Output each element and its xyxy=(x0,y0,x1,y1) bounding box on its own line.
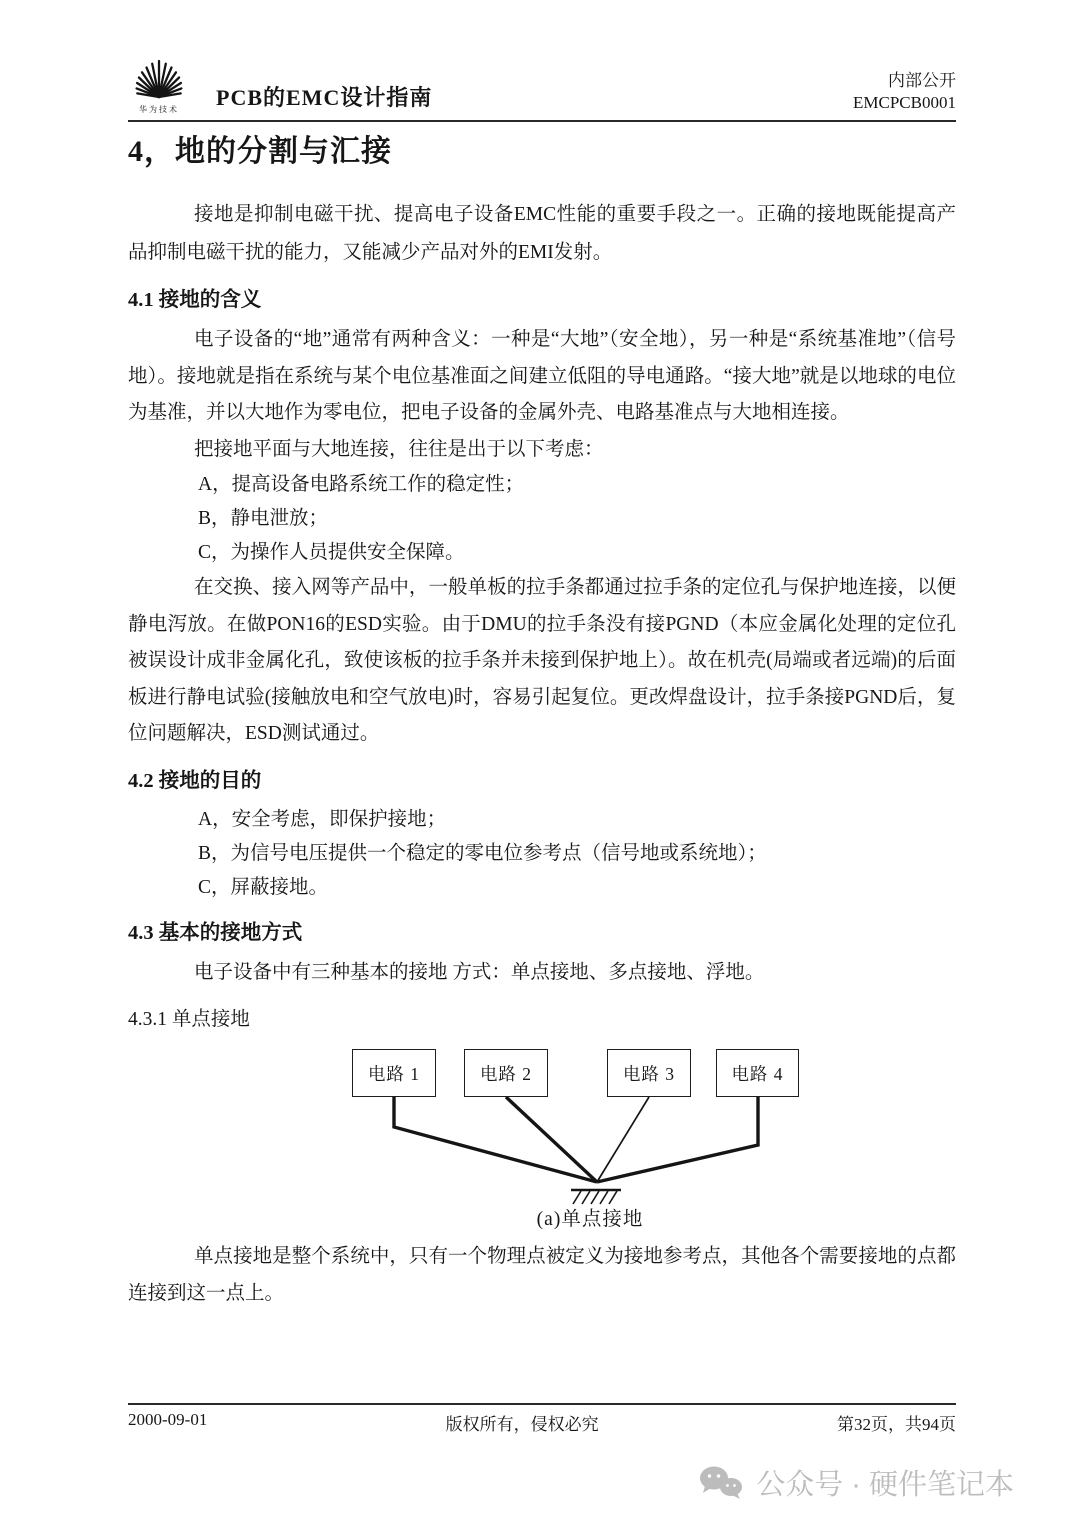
figure-caption: (a)单点接地 xyxy=(370,1203,810,1231)
section-heading-4-2: 4.2 接地的目的 xyxy=(128,767,956,795)
list-item: A，安全考虑，即保护接地； xyxy=(198,803,956,837)
page-header: 华为技术 PCB的EMC设计指南 内部公开 EMCPCB0001 xyxy=(128,50,956,122)
section-heading-4-1: 4.1 接地的含义 xyxy=(128,286,956,314)
wechat-watermark: 公众号 · 硬件笔记本 xyxy=(698,1462,1014,1503)
logo-caption: 华为技术 xyxy=(139,105,179,114)
huawei-fan-logo-icon xyxy=(128,55,190,105)
esd-case-paragraph: 在交换、接入网等产品中，一般单板的拉手条都通过拉手条的定位孔与保护地连接，以便静… xyxy=(128,570,956,753)
watermark-text: 公众号 · 硬件笔记本 xyxy=(756,1462,1014,1503)
document-number: EMCPCB0001 xyxy=(853,92,956,114)
intro-paragraph: 接地是抑制电磁干扰、提高电子设备EMC性能的重要手段之一。正确的接地既能提高产品… xyxy=(128,196,956,272)
paragraph: 把接地平面与大地连接，往往是出于以下考虑： xyxy=(128,432,956,469)
circuit-box-1: 电路 1 xyxy=(352,1049,436,1097)
closing-paragraph: 单点接地是整个系统中，只有一个物理点被定义为接地参考点，其他各个需要接地的点都连… xyxy=(128,1239,956,1312)
purpose-list: A，安全考虑，即保护接地； B，为信号电压提供一个稳定的零电位参考点（信号地或系… xyxy=(128,803,956,905)
circuit-box-4: 电路 4 xyxy=(716,1049,799,1097)
huawei-logo: 华为技术 xyxy=(128,55,190,114)
wechat-icon xyxy=(698,1464,744,1502)
consideration-list: A，提高设备电路系统工作的稳定性； B，静电泄放； C，为操作人员提供安全保障。 xyxy=(128,468,956,570)
list-item: C，屏蔽接地。 xyxy=(198,871,956,905)
list-item: A，提高设备电路系统工作的稳定性； xyxy=(198,468,956,502)
list-item: C，为操作人员提供安全保障。 xyxy=(198,536,956,570)
header-left: 华为技术 PCB的EMC设计指南 xyxy=(128,55,432,114)
footer-page-number: 第32页，共94页 xyxy=(837,1410,956,1435)
chapter-title: 4，地的分割与汇接 xyxy=(128,132,956,172)
list-item: B，为信号电压提供一个稳定的零电位参考点（信号地或系统地）； xyxy=(198,837,956,871)
footer-copyright: 版权所有，侵权必究 xyxy=(446,1410,599,1435)
list-item: B，静电泄放； xyxy=(198,502,956,536)
classification-label: 内部公开 xyxy=(853,70,956,92)
figure-single-point-grounding: 电路 1 电路 2 电路 3 电路 4 (a)单点接地 xyxy=(340,1043,810,1239)
circuit-box-3: 电路 3 xyxy=(607,1049,691,1097)
paragraph: 电子设备的“地”通常有两种含义：一种是“大地”（安全地），另一种是“系统基准地”… xyxy=(128,322,956,432)
document-title: PCB的EMC设计指南 xyxy=(216,81,432,114)
page-footer: 2000-09-01 版权所有，侵权必究 第32页，共94页 xyxy=(128,1403,956,1435)
paragraph: 电子设备中有三种基本的接地 方式：单点接地、多点接地、浮地。 xyxy=(128,955,956,992)
document-body: 4，地的分割与汇接 接地是抑制电磁干扰、提高电子设备EMC性能的重要手段之一。正… xyxy=(128,128,956,1312)
document-page: 华为技术 PCB的EMC设计指南 内部公开 EMCPCB0001 4，地的分割与… xyxy=(0,0,1080,1528)
footer-date: 2000-09-01 xyxy=(128,1410,207,1435)
subsection-heading-4-3-1: 4.3.1 单点接地 xyxy=(128,1007,956,1033)
section-heading-4-3: 4.3 基本的接地方式 xyxy=(128,919,956,947)
circuit-box-2: 电路 2 xyxy=(464,1049,548,1097)
header-right: 内部公开 EMCPCB0001 xyxy=(853,70,956,114)
